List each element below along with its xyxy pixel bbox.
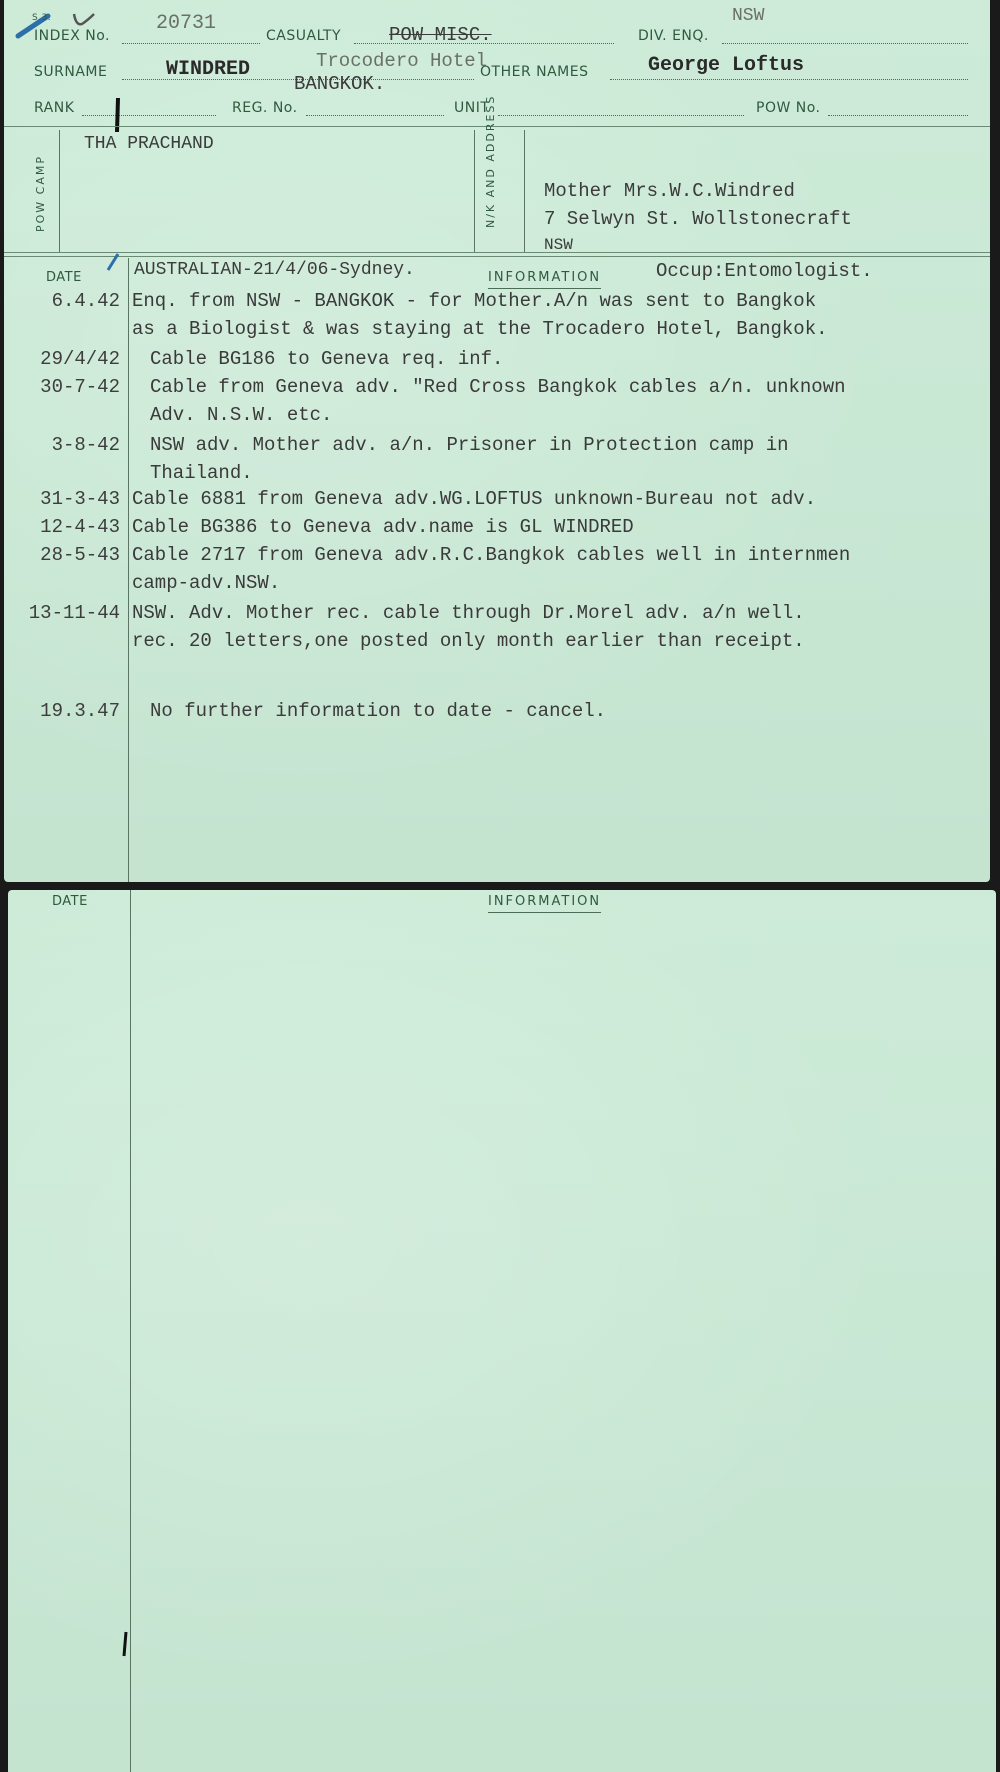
casualty-label: CASUALTY [266, 28, 341, 44]
entry-text-line: Cable BG386 to Geneva adv.name is GL WIN… [132, 516, 634, 538]
entry-text-line: Cable 6881 from Geneva adv.WG.LOFTUS unk… [132, 488, 816, 510]
divider-top [4, 126, 990, 127]
entry-date: 19.3.47 [4, 700, 120, 722]
entry-text-line: rec. 20 letters,one posted only month ea… [132, 630, 805, 652]
nk-address-label: N/K AND ADDRESS [484, 95, 497, 228]
entry-text-line: Adv. N.S.W. etc. [150, 404, 332, 426]
div-enq-value: NSW [732, 6, 764, 26]
entry-date: 29/4/42 [4, 348, 120, 370]
casualty-value: POW MISC. [389, 24, 492, 46]
unit-dots [498, 115, 744, 116]
nk-line2: 7 Selwyn St. Wollstonecraft [544, 208, 852, 230]
entry-text-line: Cable 2717 from Geneva adv.R.C.Bangkok c… [132, 544, 850, 566]
corner-ref: S.3. [32, 13, 51, 23]
entry-text-line: as a Biologist & was staying at the Troc… [132, 318, 828, 340]
date-column-divider [128, 258, 129, 882]
entry-text-line: NSW. Adv. Mother rec. cable through Dr.M… [132, 602, 805, 624]
reg-no-dots [306, 115, 444, 116]
entry-date: 6.4.42 [4, 290, 120, 312]
entry-text-line: NSW adv. Mother adv. a/n. Prisoner in Pr… [150, 434, 789, 456]
rank-label: RANK [34, 100, 74, 116]
entry-date: 31-3-43 [4, 488, 120, 510]
other-names-value: George Loftus [648, 54, 804, 77]
date-header: DATE [46, 270, 82, 285]
information-header: INFORMATION [488, 270, 601, 289]
reg-no-label: REG. No. [232, 100, 298, 116]
divider-mid-2 [4, 256, 990, 257]
nk-left-divider [474, 130, 475, 252]
pow-no-label: POW No. [756, 100, 821, 116]
header-note-right: Occup:Entomologist. [656, 260, 873, 282]
entry-text-line: camp-adv.NSW. [132, 572, 280, 594]
entry-text-line: Cable from Geneva adv. "Red Cross Bangko… [150, 376, 846, 398]
surname-label: SURNAME [34, 64, 107, 80]
pow-camp-label: POW CAMP [34, 155, 47, 232]
div-enq-dots [722, 43, 968, 44]
index-card-front: S.3. INDEX No. 20731 CASUALTY POW MISC. … [4, 0, 990, 882]
header-note-left: AUSTRALIAN-21/4/06-Sydney. [134, 260, 415, 280]
entry-text-line: Enq. from NSW - BANGKOK - for Mother.A/n… [132, 290, 816, 312]
index-card-back: DATE INFORMATION [8, 890, 996, 1772]
nk-line1: Mother Mrs.W.C.Windred [544, 180, 795, 202]
entry-text-line: Cable BG186 to Geneva req. inf. [150, 348, 503, 370]
div-enq-label: DIV. ENQ. [638, 28, 709, 44]
nk-right-divider [524, 130, 525, 252]
pow-camp-divider [59, 130, 60, 252]
rank-dots [82, 115, 216, 116]
pencil-check-icon [70, 10, 98, 30]
entry-date: 3-8-42 [4, 434, 120, 456]
address-line2: BANGKOK. [294, 73, 385, 95]
back-information-header: INFORMATION [488, 894, 601, 913]
divider-mid-1 [4, 252, 990, 253]
entry-text-line: No further information to date - cancel. [150, 700, 606, 722]
other-names-label: OTHER NAMES [480, 64, 588, 80]
entry-date: 28-5-43 [4, 544, 120, 566]
entry-text-line: Thailand. [150, 462, 253, 484]
entry-date: 13-11-44 [4, 602, 120, 624]
pen-mark-icon [120, 1630, 132, 1660]
pow-camp-value: THA PRACHAND [84, 134, 214, 154]
index-no-label: INDEX No. [34, 28, 110, 44]
address-line1: Trocodero Hotel [316, 50, 487, 72]
other-names-dots [610, 79, 968, 80]
index-no-value: 20731 [156, 12, 216, 35]
surname-value: WINDRED [166, 58, 250, 81]
back-date-header: DATE [52, 894, 88, 909]
pow-no-dots [828, 115, 968, 116]
staple-mark-icon [112, 96, 124, 136]
entry-date: 30-7-42 [4, 376, 120, 398]
index-no-dots [122, 43, 260, 44]
entry-date: 12-4-43 [4, 516, 120, 538]
blue-pen-mark-icon [104, 250, 124, 272]
